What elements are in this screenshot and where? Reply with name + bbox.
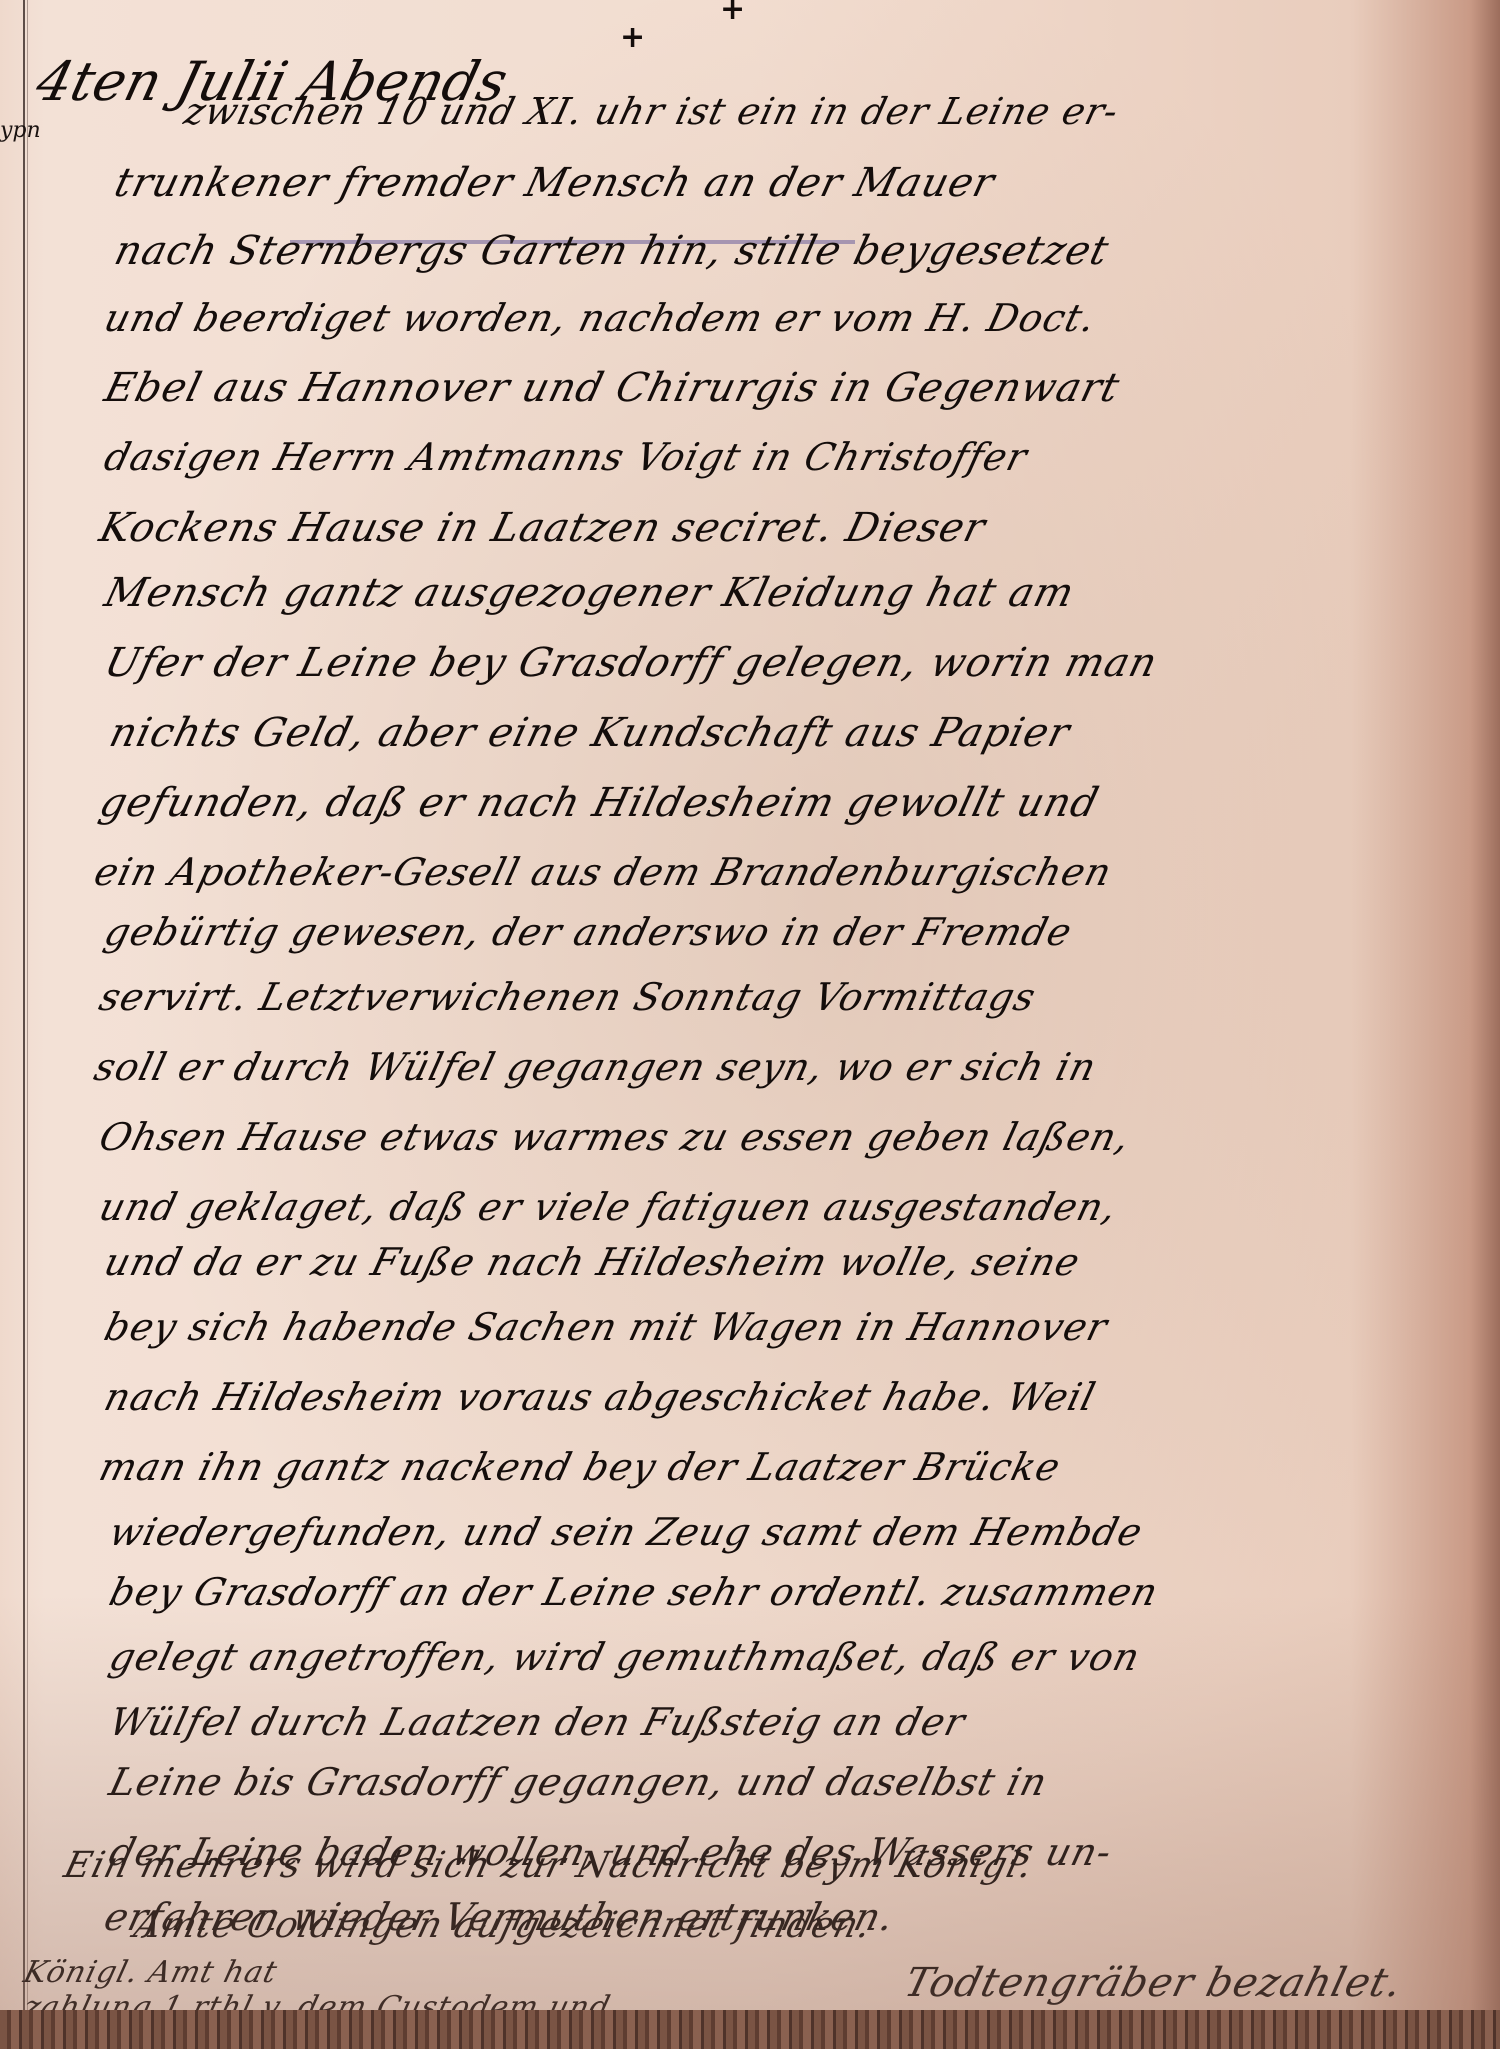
text-line: und geklaget, daß er viele fatiguen ausg… (95, 1185, 1122, 1229)
footer-note-left: Königl. Amt hat (20, 1955, 281, 1990)
text-line: bey sich habende Sachen mit Wagen in Han… (100, 1305, 1112, 1349)
text-line: Amte Coldingen aufgezeichnet finden. (130, 1905, 876, 1946)
text-line: zwischen 10 und XI. uhr ist ein in der L… (180, 90, 1123, 133)
margin-note: ypn (0, 118, 41, 143)
text-line: servirt. Letztverwichenen Sonntag Vormit… (95, 975, 1041, 1019)
cross-mark: + (720, 0, 745, 27)
text-line: trunkener fremder Mensch an der Mauer (110, 160, 1000, 206)
text-line: wiedergefunden, und sein Zeug samt dem H… (105, 1510, 1147, 1554)
text-line: Ein mehrers wird sich zur Nachricht beym… (60, 1845, 1037, 1886)
text-line: und da er zu Fuße nach Hildesheim wolle,… (100, 1240, 1085, 1284)
text-line: bey Grasdorff an der Leine sehr ordentl.… (105, 1570, 1163, 1614)
text-line: gebürtig gewesen, der anderswo in der Fr… (100, 910, 1077, 954)
text-line: gelegt angetroffen, wird gemuthmaßet, da… (105, 1635, 1145, 1679)
text-line: soll er durch Wülfel gegangen seyn, wo e… (90, 1045, 1101, 1089)
text-line: nach Hildesheim voraus abgeschicket habe… (100, 1375, 1100, 1419)
text-line: und beerdiget worden, nachdem er vom H. … (100, 296, 1101, 340)
text-line: Ebel aus Hannover und Chirurgis in Gegen… (100, 365, 1125, 411)
text-line: der Leine baden wollen, und ehe des Wass… (105, 1830, 1117, 1874)
text-line: dasigen Herrn Amtmanns Voigt in Christof… (100, 435, 1032, 479)
register-page: ypn + + 4ten Julii Abends zwischen 10 un… (0, 0, 1500, 2015)
text-line: Leine bis Grasdorff gegangen, und daselb… (105, 1760, 1052, 1804)
text-line: Kockens Hause in Laatzen seciret. Dieser (95, 505, 990, 551)
text-line: erfahren wieder Vermuthen ertrunken. (100, 1895, 899, 1939)
margin-rule-inner (27, 0, 28, 2010)
text-line: Ufer der Leine bey Grasdorff gelegen, wo… (100, 640, 1162, 686)
text-line: Wülfel durch Laatzen den Fußsteig an der (105, 1700, 970, 1744)
cross-mark: + (620, 20, 645, 55)
footer-note-right: Todtengräber bezahlet. (900, 1960, 1407, 2006)
text-line: nichts Geld, aber eine Kundschaft aus Pa… (105, 710, 1075, 756)
text-line: gefunden, daß er nach Hildesheim gewollt… (95, 780, 1104, 826)
table-surface (0, 2010, 1500, 2049)
text-line: ein Apotheker-Gesell aus dem Brandenburg… (90, 850, 1117, 894)
margin-rule (23, 0, 25, 2010)
text-line: Ohsen Hause etwas warmes zu essen geben … (95, 1115, 1135, 1159)
text-line: nach Sternbergs Garten hin, stille beyge… (110, 228, 1114, 274)
text-line: Mensch gantz ausgezogener Kleidung hat a… (100, 570, 1079, 616)
text-line: man ihn gantz nackend bey der Laatzer Br… (95, 1445, 1065, 1489)
